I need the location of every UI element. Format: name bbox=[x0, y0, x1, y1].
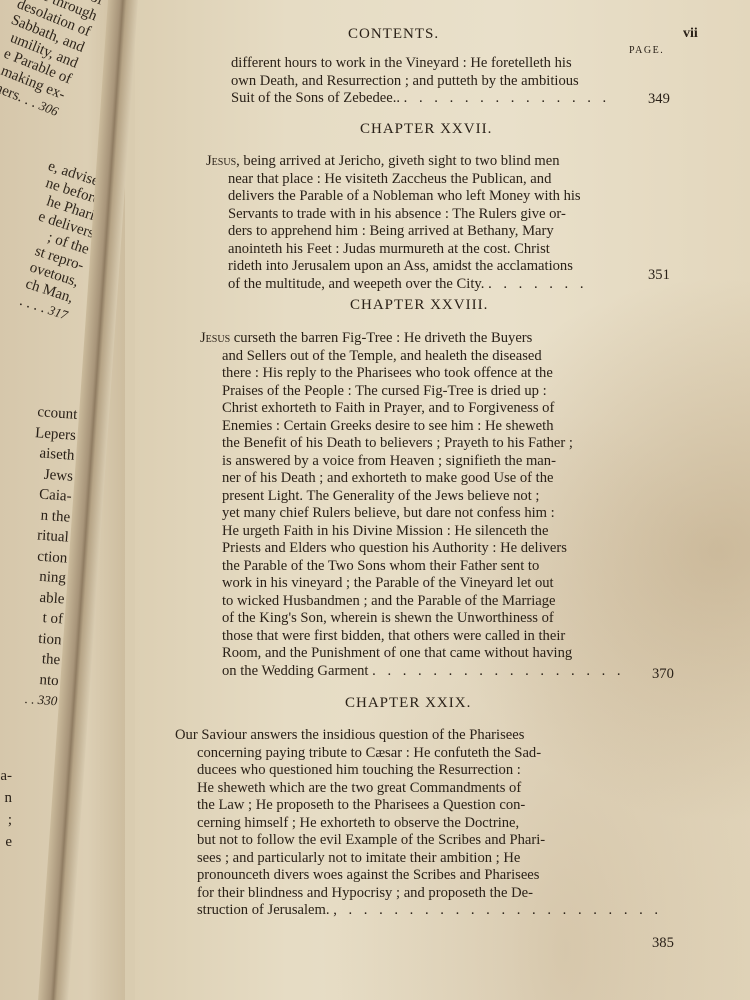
running-head: CONTENTS. bbox=[348, 26, 439, 43]
entry-line: Jesus, being arrived at Jericho, giveth … bbox=[206, 153, 646, 171]
entry-line: there : His reply to the Pharisees who t… bbox=[200, 365, 650, 383]
entry-line: is answered by a voice from Heaven ; sig… bbox=[200, 453, 650, 471]
entry-line: anointeth his Feet : Judas murmureth at … bbox=[206, 241, 646, 259]
page-number: 385 bbox=[652, 935, 674, 952]
entry-line: Enemies : Certain Greeks desire to see h… bbox=[200, 418, 650, 436]
entry-line: work in his vineyard ; the Parable of th… bbox=[200, 575, 650, 593]
contents-entry-xxviii: Jesus curseth the barren Fig-Tree : He d… bbox=[200, 330, 650, 680]
entry-line: different hours to work in the Vineyard … bbox=[231, 55, 641, 73]
entry-line: the Benefit of his Death to believers ; … bbox=[200, 435, 650, 453]
entry-line: Room, and the Punishment of one that cam… bbox=[200, 645, 650, 663]
entry-line: of the King's Son, wherein is shewn the … bbox=[200, 610, 650, 628]
entry-line: Praises of the People : The cursed Fig-T… bbox=[200, 383, 650, 401]
entry-line: ders to apprehend him : Being arrived at… bbox=[206, 223, 646, 241]
chapter-heading: CHAPTER XXVIII. bbox=[350, 297, 488, 314]
entry-line: for their blindness and Hypocrisy ; and … bbox=[175, 885, 645, 903]
entry-line: yet many chief Rulers believe, but dare … bbox=[200, 505, 650, 523]
page-number: 349 bbox=[648, 91, 670, 108]
entry-first-word: Jesus bbox=[200, 330, 230, 346]
entry-line: ner of his Death ; and exhorteth to make… bbox=[200, 470, 650, 488]
entry-line: own Death, and Resurrection ; and puttet… bbox=[231, 73, 641, 91]
folio-number: vii bbox=[683, 26, 698, 42]
entry-line: but not to follow the evil Example of th… bbox=[175, 832, 645, 850]
entry-line-text: being arrived at Jericho, giveth sight t… bbox=[240, 153, 560, 169]
entry-line: sees ; and particularly not to imitate t… bbox=[175, 850, 645, 868]
entry-line-text: on the Wedding Garment bbox=[222, 663, 369, 679]
entry-line: to wicked Husbandmen ; and the Parable o… bbox=[200, 593, 650, 611]
contents-entry-continued: different hours to work in the Vineyard … bbox=[231, 55, 641, 108]
entry-line: He sheweth which are the two great Comma… bbox=[175, 780, 645, 798]
entry-line: concerning paying tribute to Cæsar : He … bbox=[175, 745, 645, 763]
contents-entry-xxix: Our Saviour answers the insidious questi… bbox=[175, 727, 645, 920]
entry-line-text: Saviour answers the insidious question o… bbox=[198, 727, 525, 743]
entry-line: delivers the Parable of a Nobleman who l… bbox=[206, 188, 646, 206]
entry-line: present Light. The Generality of the Jew… bbox=[200, 488, 650, 506]
chapter-heading: CHAPTER XXVII. bbox=[360, 121, 492, 138]
contents-entry-xxvii: Jesus, being arrived at Jericho, giveth … bbox=[206, 153, 646, 293]
entry-line-text: of the multitude, and weepeth over the C… bbox=[228, 276, 484, 292]
entry-line: Christ exhorteth to Faith in Prayer, and… bbox=[200, 400, 650, 418]
entry-line-text: struction of Jerusalem. bbox=[197, 902, 330, 918]
entry-line: Jesus curseth the barren Fig-Tree : He d… bbox=[200, 330, 650, 348]
entry-line: of the multitude, and weepeth over the C… bbox=[206, 276, 646, 294]
dot-leader: . . . . . . . bbox=[488, 276, 587, 292]
entry-line-text: curseth the barren Fig-Tree : He driveth… bbox=[230, 330, 532, 346]
entry-line: Priests and Elders who question his Auth… bbox=[200, 540, 650, 558]
entry-line: those that were first bidden, that other… bbox=[200, 628, 650, 646]
dot-leader: . . . . . . . . . . . . . . . . . bbox=[372, 663, 624, 679]
dot-leader: , . . . . . . . . . . . . . . . . . . . … bbox=[333, 902, 662, 918]
entry-line: ducees who questioned him touching the R… bbox=[175, 762, 645, 780]
page-number: 370 bbox=[652, 666, 674, 683]
dot-leader: . . . . . . . . . . . . . . bbox=[404, 90, 611, 106]
entry-line: pronounceth divers woes against the Scri… bbox=[175, 867, 645, 885]
entry-line: rideth into Jerusalem upon an Ass, amids… bbox=[206, 258, 646, 276]
entry-line: on the Wedding Garment . . . . . . . . .… bbox=[200, 663, 650, 681]
entry-line: and Sellers out of the Temple, and heale… bbox=[200, 348, 650, 366]
entry-line: Our Saviour answers the insidious questi… bbox=[175, 727, 645, 745]
chapter-heading: CHAPTER XXIX. bbox=[345, 695, 471, 712]
entry-line: the Law ; He proposeth to the Pharisees … bbox=[175, 797, 645, 815]
entry-line: Suit of the Sons of Zebedee.. . . . . . … bbox=[231, 90, 641, 108]
entry-line-text: Suit of the Sons of Zebedee.. bbox=[231, 90, 400, 106]
entry-line: the Parable of the Two Sons whom their F… bbox=[200, 558, 650, 576]
entry-line: near that place : He visiteth Zaccheus t… bbox=[206, 171, 646, 189]
entry-line: struction of Jerusalem. , . . . . . . . … bbox=[175, 902, 645, 920]
page-number: 351 bbox=[648, 267, 670, 284]
entry-first-word: Jesus, bbox=[206, 153, 240, 169]
entry-line: Servants to trade with in his absence : … bbox=[206, 206, 646, 224]
contents-text: CONTENTS. vii PAGE. different hours to w… bbox=[0, 0, 750, 1000]
entry-first-word: Our bbox=[175, 727, 198, 743]
entry-line: He urgeth Faith in his Divine Mission : … bbox=[200, 523, 650, 541]
entry-line: cerning himself ; He exhorteth to observ… bbox=[175, 815, 645, 833]
